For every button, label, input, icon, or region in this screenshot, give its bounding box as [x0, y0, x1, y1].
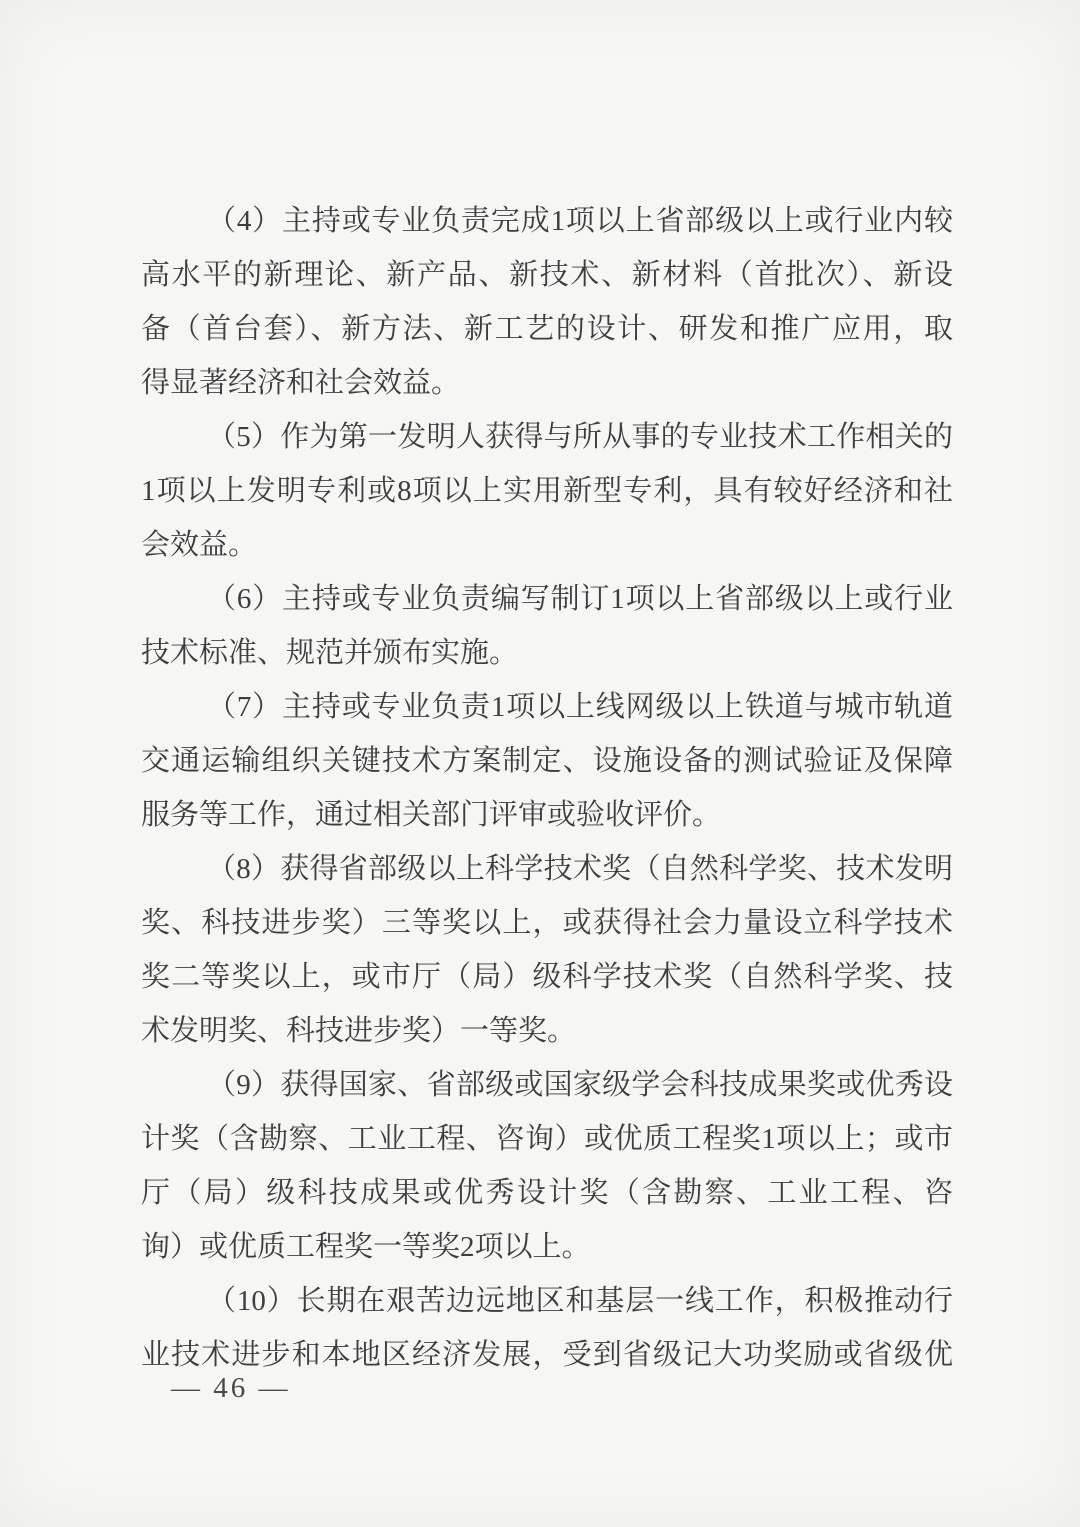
- paragraph-line: 得显著经济和社会效益。: [141, 356, 953, 410]
- paragraph-line: （6）主持或专业负责编写制订1项以上省部级以上或行业: [141, 572, 953, 626]
- page-footer: — 46 —: [171, 1368, 291, 1408]
- paragraph-5: （5）作为第一发明人获得与所从事的专业技术工作相关的 1项以上发明专利或8项以上…: [141, 410, 953, 572]
- paragraph-line: 奖二等奖以上，或市厅（局）级科学技术奖（自然科学奖、技: [141, 950, 953, 1004]
- paragraph-line: 会效益。: [141, 518, 953, 572]
- paragraph-line: 计奖（含勘察、工业工程、咨询）或优质工程奖1项以上；或市: [141, 1112, 953, 1166]
- paragraph-line: （7）主持或专业负责1项以上线网级以上铁道与城市轨道: [141, 680, 953, 734]
- paragraph-line: 询）或优质工程奖一等奖2项以上。: [141, 1220, 953, 1274]
- paragraph-line: 备（首台套）、新方法、新工艺的设计、研发和推广应用，取: [141, 302, 953, 356]
- paragraph-line: 厅（局）级科技成果或优秀设计奖（含勘察、工业工程、咨: [141, 1166, 953, 1220]
- paragraph-line: （10）长期在艰苦边远地区和基层一线工作，积极推动行: [141, 1274, 953, 1328]
- paragraph-line: 服务等工作，通过相关部门评审或验收评价。: [141, 788, 953, 842]
- paragraph-line: 技术标准、规范并颁布实施。: [141, 626, 953, 680]
- paragraph-9: （9）获得国家、省部级或国家级学会科技成果奖或优秀设 计奖（含勘察、工业工程、咨…: [141, 1058, 953, 1274]
- paragraph-line: （4）主持或专业负责完成1项以上省部级以上或行业内较: [141, 194, 953, 248]
- paragraph-line: （9）获得国家、省部级或国家级学会科技成果奖或优秀设: [141, 1058, 953, 1112]
- document-page: （4）主持或专业负责完成1项以上省部级以上或行业内较 高水平的新理论、新产品、新…: [0, 0, 1080, 1527]
- paragraph-line: （5）作为第一发明人获得与所从事的专业技术工作相关的: [141, 410, 953, 464]
- paragraph-line: （8）获得省部级以上科学技术奖（自然科学奖、技术发明: [141, 842, 953, 896]
- paragraph-line: 高水平的新理论、新产品、新技术、新材料（首批次）、新设: [141, 248, 953, 302]
- paragraph-4: （4）主持或专业负责完成1项以上省部级以上或行业内较 高水平的新理论、新产品、新…: [141, 194, 953, 410]
- paragraph-6: （6）主持或专业负责编写制订1项以上省部级以上或行业 技术标准、规范并颁布实施。: [141, 572, 953, 680]
- document-body: （4）主持或专业负责完成1项以上省部级以上或行业内较 高水平的新理论、新产品、新…: [141, 194, 953, 1382]
- paragraph-10: （10）长期在艰苦边远地区和基层一线工作，积极推动行 业技术进步和本地区经济发展…: [141, 1274, 953, 1382]
- paragraph-8: （8）获得省部级以上科学技术奖（自然科学奖、技术发明 奖、科技进步奖）三等奖以上…: [141, 842, 953, 1058]
- paragraph-7: （7）主持或专业负责1项以上线网级以上铁道与城市轨道 交通运输组织关键技术方案制…: [141, 680, 953, 842]
- paragraph-line: 交通运输组织关键技术方案制定、设施设备的测试验证及保障: [141, 734, 953, 788]
- page-number: — 46 —: [171, 1372, 291, 1404]
- paragraph-line: 1项以上发明专利或8项以上实用新型专利，具有较好经济和社: [141, 464, 953, 518]
- paragraph-line: 术发明奖、科技进步奖）一等奖。: [141, 1004, 953, 1058]
- paragraph-line: 奖、科技进步奖）三等奖以上，或获得社会力量设立科学技术: [141, 896, 953, 950]
